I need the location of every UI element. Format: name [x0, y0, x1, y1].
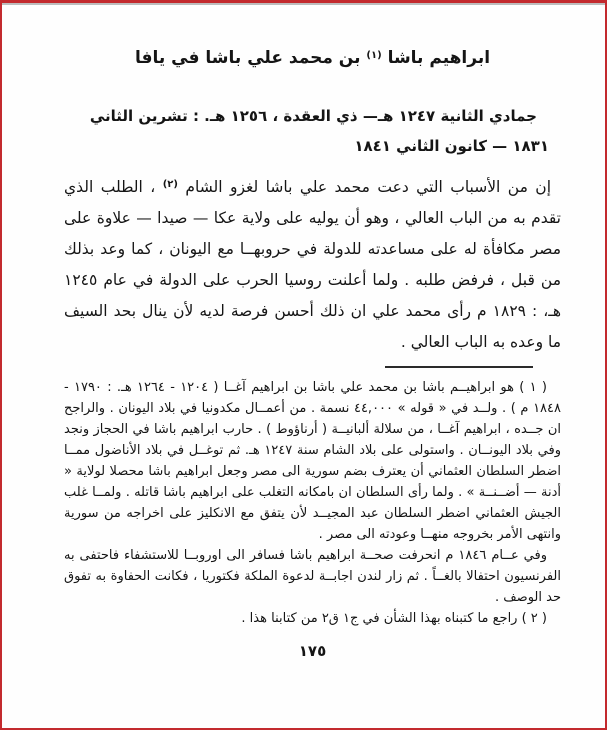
main-paragraph-text-rest: ، الطلب الذي تقدم به من الباب العالي ، و… [64, 178, 561, 351]
footnote-ref-1: (١) [366, 50, 381, 61]
date-block: جمادي الثانية ١٢٤٧ هـ— ذي العقدة ، ١٢٥٦ … [64, 101, 561, 161]
main-paragraph: إن من الأسباب التي دعت محمد علي باشا لغز… [64, 169, 561, 358]
footnote-1: ( ١ ) هو ابراهيــم باشا بن محمد علي باشا… [64, 377, 561, 545]
page-title: ابراهيم باشا (١) بن محمد علي باشا في ياف… [64, 43, 561, 71]
date-line-hijri: جمادي الثانية ١٢٤٧ هـ— ذي العقدة ، ١٢٥٦ … [64, 101, 549, 131]
date-line-gregorian: ١٨٣١ — كانون الثاني ١٨٤١ [64, 131, 549, 161]
content-area: ابراهيم باشا (١) بن محمد علي باشا في ياف… [2, 5, 605, 660]
page-frame: ابراهيم باشا (١) بن محمد علي باشا في ياف… [0, 0, 607, 730]
footnote-separator [385, 366, 533, 368]
footnote-2: ( ٢ ) راجع ما كتبناه بهذا الشأن في ج١ ق٢… [64, 608, 561, 629]
footnote-ref-2: (٢) [163, 179, 178, 190]
page-title-text: ابراهيم باشا [382, 48, 490, 68]
footnotes-section: ( ١ ) هو ابراهيــم باشا بن محمد علي باشا… [64, 377, 561, 629]
page-title-text-rest: بن محمد علي باشا في يافا [135, 48, 366, 68]
page-number: ١٧٥ [64, 642, 561, 660]
footnote-1-continued: وفي عــام ١٨٤٦ م انحرفت صحــة ابراهيم با… [64, 545, 561, 608]
main-paragraph-text: إن من الأسباب التي دعت محمد علي باشا لغز… [178, 178, 551, 196]
